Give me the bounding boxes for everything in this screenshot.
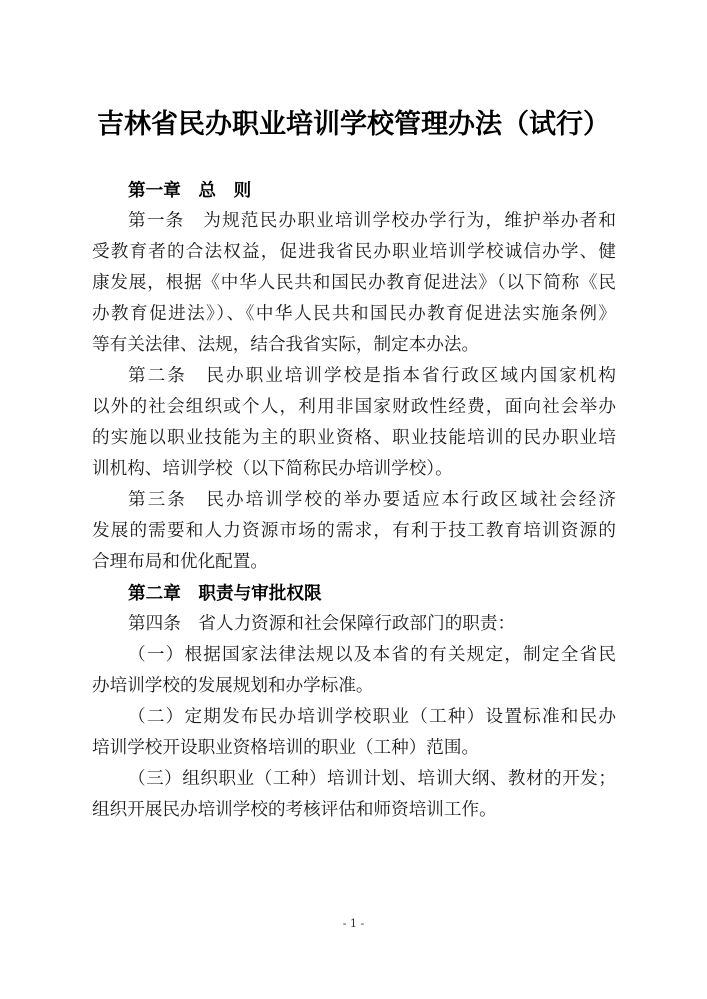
document-page: 吉林省民办职业培训学校管理办法（试行） 第一章 总 则 第一条 为规范民办职业培… [0, 0, 707, 999]
article-1-line-2: 受教育者的合法权益，促进我省民办职业培训学校诚信办学、健 [92, 237, 616, 268]
article-4-line-1: 第四条 省人力资源和社会保障行政部门的职责： [92, 609, 616, 640]
article-2-line-3: 的实施以职业技能为主的职业资格、职业技能培训的民办职业培 [92, 423, 616, 454]
document-title: 吉林省民办职业培训学校管理办法（试行） [0, 102, 707, 141]
article-2-line-1: 第二条 民办职业培训学校是指本省行政区域内国家机构 [92, 361, 616, 392]
article-4-item-1-line-1: （一）根据国家法律法规以及本省的有关规定，制定全省民 [92, 640, 616, 671]
article-1-line-1: 第一条 为规范民办职业培训学校办学行为，维护举办者和 [92, 206, 616, 237]
article-1-line-5: 等有关法律、法规，结合我省实际，制定本办法。 [92, 330, 616, 361]
article-4-item-1-line-2: 办培训学校的发展规划和办学标准。 [92, 671, 616, 702]
chapter-1-heading: 第一章 总 则 [92, 175, 616, 206]
article-2-line-2: 以外的社会组织或个人，利用非国家财政性经费，面向社会举办 [92, 392, 616, 423]
article-3-line-2: 发展的需要和人力资源市场的需求，有利于技工教育培训资源的 [92, 516, 616, 547]
chapter-2-heading: 第二章 职责与审批权限 [92, 578, 616, 609]
article-4-item-3-line-2: 组织开展民办培训学校的考核评估和师资培训工作。 [92, 795, 616, 826]
page-number: - 1 - [0, 917, 707, 930]
article-4-item-3-line-1: （三）组织职业（工种）培训计划、培训大纲、教材的开发； [92, 764, 616, 795]
article-2-line-4: 训机构、培训学校（以下简称民办培训学校）。 [92, 454, 616, 485]
article-1-line-4: 办教育促进法》）、《中华人民共和国民办教育促进法实施条例》 [92, 299, 616, 330]
article-3-line-1: 第三条 民办培训学校的举办要适应本行政区域社会经济 [92, 485, 616, 516]
article-3-line-3: 合理布局和优化配置。 [92, 547, 616, 578]
article-4-item-2-line-1: （二）定期发布民办培训学校职业（工种）设置标准和民办 [92, 702, 616, 733]
document-body: 第一章 总 则 第一条 为规范民办职业培训学校办学行为，维护举办者和 受教育者的… [92, 175, 616, 826]
article-4-item-2-line-2: 培训学校开设职业资格培训的职业（工种）范围。 [92, 733, 616, 764]
article-1-line-3: 康发展，根据《中华人民共和国民办教育促进法》（以下简称《民 [92, 268, 616, 299]
